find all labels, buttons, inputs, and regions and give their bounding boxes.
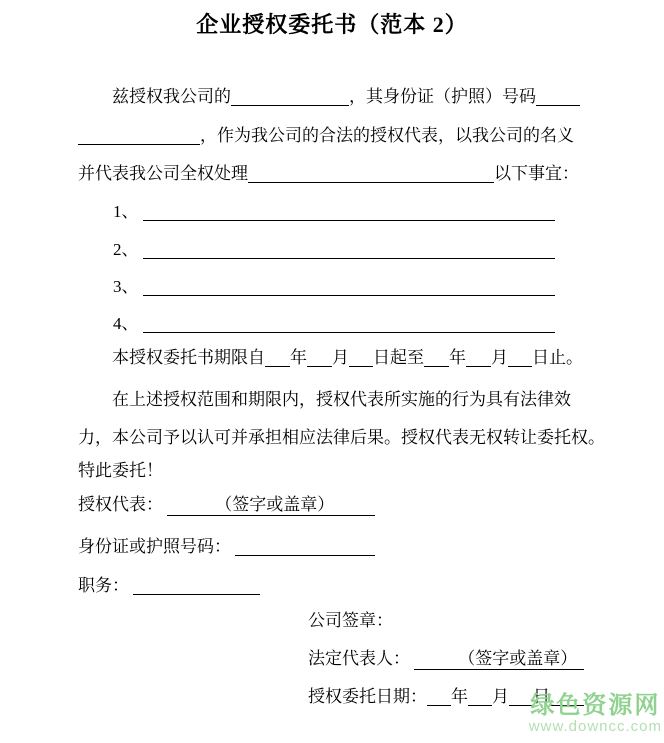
blank-line-date-month	[468, 690, 492, 706]
blank-line-authorized-scope	[248, 167, 494, 183]
legal-rep-line: 法定代表人： （签字或盖章）	[308, 648, 584, 670]
company-seal-line: 公司签章：	[308, 610, 393, 631]
id-number-label: 身份证或护照号码：	[78, 537, 231, 556]
intro-line-1: 兹授权我公司的，其身份证（护照）号码	[112, 86, 580, 107]
duration-line: 本授权委托书期限自年月日起至年月日止。	[112, 347, 583, 368]
document-page: 企业授权委托书（范本 2） 兹授权我公司的，其身份证（护照）号码 ，作为我公司的…	[0, 0, 664, 743]
date-month-label: 月	[492, 687, 509, 706]
blank-line-year-to	[424, 351, 449, 367]
blank-line-position	[133, 579, 260, 595]
blank-line-id-number	[235, 540, 375, 556]
entrust-statement: 特此委托！	[78, 460, 163, 481]
duration-year2-label: 年	[449, 348, 466, 367]
intro-line-3-text-pre: 并代表我公司全权处理	[78, 164, 248, 183]
blank-line-day-to	[508, 351, 532, 367]
watermark-site-name: 绿色资源网	[529, 693, 662, 719]
sign-or-seal-hint-2: （签字或盖章）	[458, 648, 577, 669]
authorization-date-label: 授权委托日期：	[308, 687, 427, 706]
duration-month2-label: 月	[491, 348, 508, 367]
blank-line-date-year	[427, 690, 451, 706]
document-title: 企业授权委托书（范本 2）	[0, 8, 664, 39]
sign-or-seal-hint: （签字或盖章）	[215, 494, 334, 515]
position-label: 职务：	[78, 576, 129, 595]
id-number-line: 身份证或护照号码：	[78, 536, 375, 557]
blank-line-month-to	[466, 351, 491, 367]
blank-line-day-from	[349, 351, 373, 367]
blank-line-authorized-name	[231, 90, 349, 106]
intro-line-2: ，作为我公司的合法的授权代表，以我公司的名义	[78, 125, 574, 146]
blank-line-item-1	[143, 205, 555, 221]
list-item-2: 2、	[113, 239, 555, 260]
duration-month1-label: 月	[332, 348, 349, 367]
list-item-4-number: 4、	[113, 314, 139, 333]
list-item-2-number: 2、	[113, 240, 139, 259]
legal-paragraph-line-2: 力，本公司予以认可并承担相应法律后果。授权代表无权转让委托权。	[78, 427, 605, 448]
blank-line-year-from	[265, 351, 290, 367]
intro-line-3-text-post: 以下事宜：	[494, 164, 579, 183]
list-item-1-number: 1、	[113, 202, 139, 221]
duration-year1-label: 年	[290, 348, 307, 367]
blank-line-month-from	[307, 351, 332, 367]
watermark-site-url: www.downcc.com	[529, 719, 662, 735]
position-line: 职务：	[78, 575, 260, 596]
date-year-label: 年	[451, 687, 468, 706]
watermark: 绿色资源网 www.downcc.com	[529, 693, 662, 735]
list-item-3-number: 3、	[113, 277, 139, 296]
intro-line-1-text-mid: ，其身份证（护照）号码	[349, 87, 536, 106]
intro-line-2-text: ，作为我公司的合法的授权代表，以我公司的名义	[200, 126, 574, 145]
legal-paragraph-line-1: 在上述授权范围和期限内，授权代表所实施的行为具有法律效	[112, 389, 571, 410]
authorized-rep-label: 授权代表：	[78, 495, 163, 514]
list-item-4: 4、	[113, 313, 555, 334]
duration-day-from-label: 日起至	[373, 348, 424, 367]
list-item-1: 1、	[113, 201, 555, 222]
blank-line-rep-signature: （签字或盖章）	[167, 494, 375, 516]
intro-line-1-text-pre: 兹授权我公司的	[112, 87, 231, 106]
blank-line-item-3	[143, 280, 555, 296]
legal-rep-label: 法定代表人：	[308, 649, 410, 668]
duration-text-pre: 本授权委托书期限自	[112, 348, 265, 367]
blank-line-legal-rep-signature: （签字或盖章）	[414, 648, 584, 670]
duration-day-to-label: 日止。	[532, 348, 583, 367]
blank-line-id-number-cont	[78, 129, 200, 145]
blank-line-item-4	[143, 317, 555, 333]
blank-line-id-number-start	[536, 90, 580, 106]
intro-line-3: 并代表我公司全权处理以下事宜：	[78, 163, 579, 184]
list-item-3: 3、	[113, 276, 555, 297]
authorized-rep-line: 授权代表： （签字或盖章）	[78, 494, 375, 516]
blank-line-item-2	[143, 243, 555, 259]
